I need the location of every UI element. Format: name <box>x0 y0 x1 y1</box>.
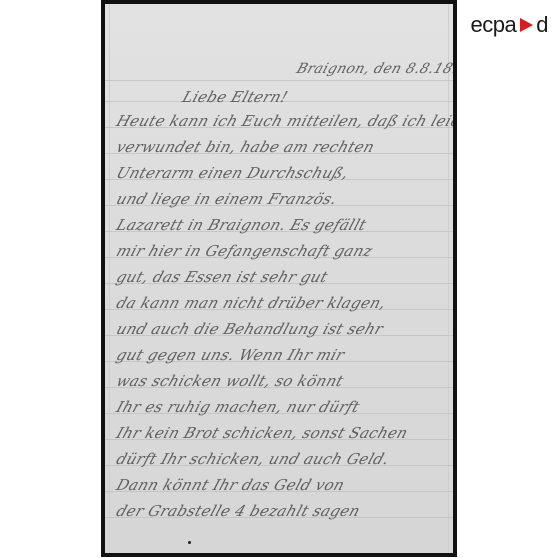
letter-line: gut, das Essen ist sehr gut <box>114 268 330 286</box>
play-triangle-icon <box>520 18 533 32</box>
logo-text-left: ecpa <box>471 12 517 38</box>
letter-salutation: Liebe Eltern! <box>180 88 290 106</box>
letter-line: Heute kann ich Euch mitteilen, daß ich l… <box>114 112 453 130</box>
ecpad-logo: ecpa d <box>471 12 548 38</box>
margin-line <box>109 4 110 553</box>
letter-line: und liege in einem Französ. <box>114 190 339 208</box>
letter-line: verwundet bin, habe am rechten <box>114 138 377 156</box>
margin-line <box>448 4 449 553</box>
letter-line: mir hier in Gefangenschaft ganz <box>114 242 375 260</box>
letter-date: Braignon, den 8.8.18. <box>294 61 453 77</box>
letter-line: da kann man nicht drüber klagen, <box>114 294 388 312</box>
letter-line: Dann könnt Ihr das Geld von <box>114 476 347 494</box>
letter-line: was schicken wollt, so könnt <box>114 372 346 390</box>
letter-line: gut gegen uns. Wenn Ihr mir <box>114 346 347 364</box>
letter-line: Lazarett in Braignon. Es gefällt <box>114 216 369 234</box>
ruled-line <box>105 80 453 81</box>
ink-speck <box>188 541 191 544</box>
letter-line: Ihr es ruhig machen, nur dürft <box>114 398 362 416</box>
letter-line: dürft Ihr schicken, und auch Geld. <box>114 450 392 468</box>
letter-line: Ihr kein Brot schicken, sonst Sachen <box>114 424 410 442</box>
letter-page: Braignon, den 8.8.18. Liebe Eltern! Heut… <box>105 4 453 553</box>
logo-text-right: d <box>536 12 548 38</box>
letter-line: der Grabstelle 4 bezahlt sagen <box>114 502 362 520</box>
letter-line: Unterarm einen Durchschuß, <box>114 164 351 182</box>
letter-line: und auch die Behandlung ist sehr <box>114 320 386 338</box>
scan-frame: Braignon, den 8.8.18. Liebe Eltern! Heut… <box>101 0 457 557</box>
